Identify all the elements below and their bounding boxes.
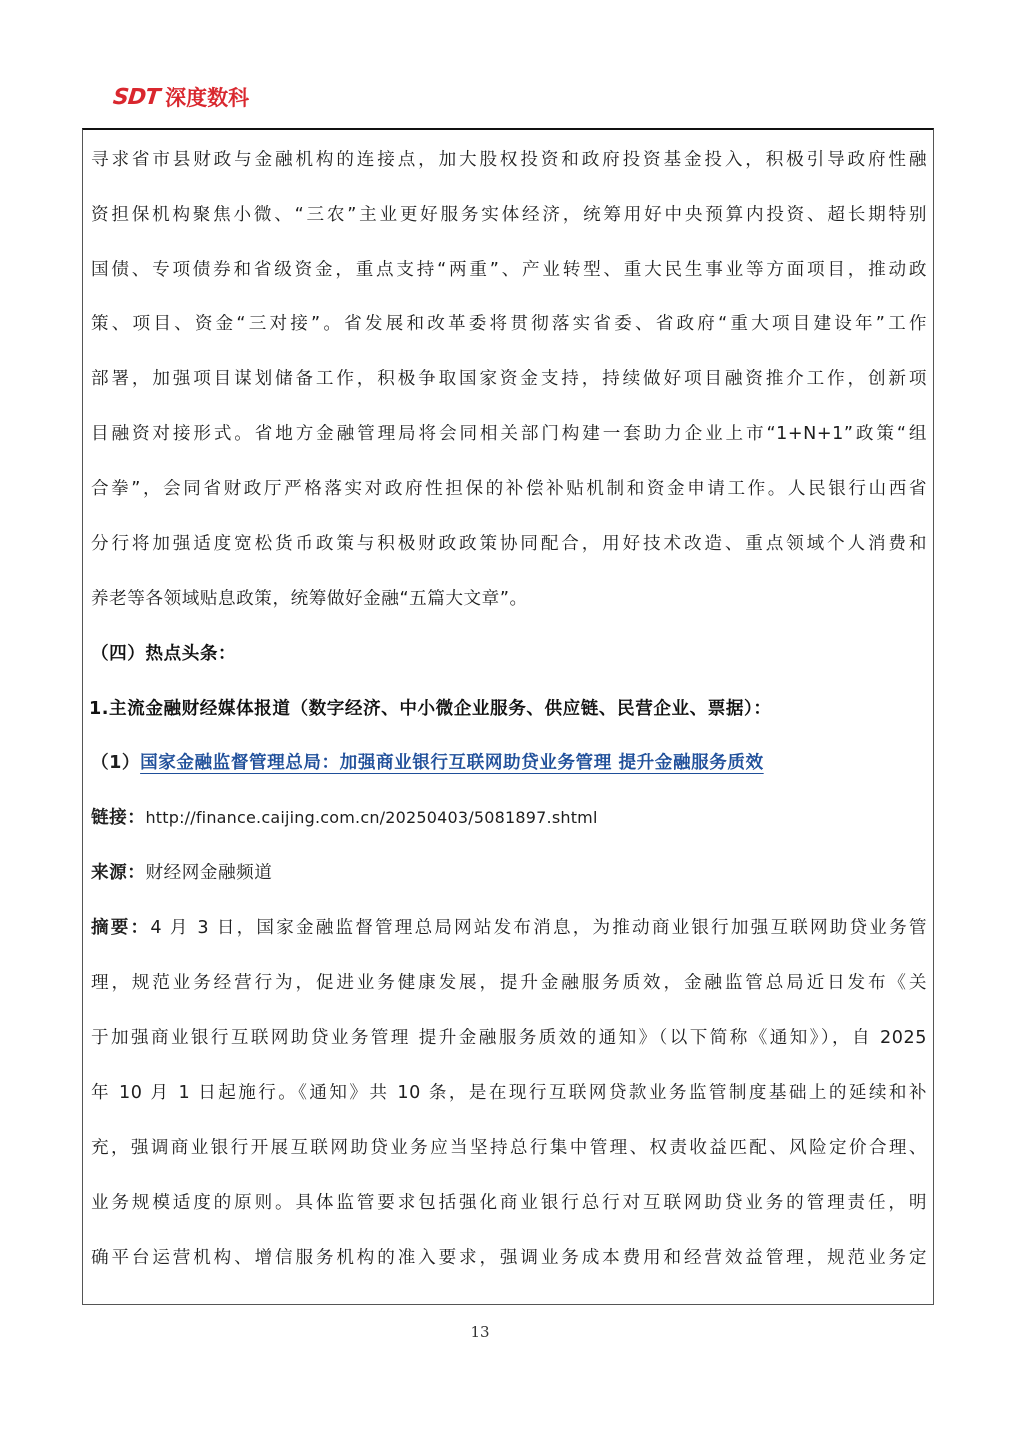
summary-line: 确平台运营机构、增信服务机构的准入要求，强调业务成本费用和经营效益管理，规范业务… bbox=[91, 1245, 927, 1271]
paragraph-line: 策、项目、资金“三对接”。省发展和改革委将贯彻落实省委、省政府“重大项目建设年”… bbox=[91, 311, 927, 337]
page-number: 13 bbox=[0, 1323, 960, 1341]
paragraph-line: 养老等各领域贴息政策，统筹做好金融“五篇大文章”。 bbox=[91, 586, 927, 612]
source-label: 来源： bbox=[91, 863, 145, 883]
article-title-row: （1）国家金融监督管理总局：加强商业银行互联网助贷业务管理 提升金融服务质效 bbox=[91, 750, 927, 776]
paragraph-line: 目融资对接形式。省地方金融管理局将会同相关部门构建一套助力企业上市“1+N+1”… bbox=[91, 421, 927, 447]
summary-line: 理，规范业务经营行为，促进业务健康发展，提升金融服务质效，金融监管总局近日发布《… bbox=[91, 970, 927, 996]
article-source-row: 来源：财经网金融频道 bbox=[91, 860, 927, 886]
paragraph-line: 资担保机构聚焦小微、“三农”主业更好服务实体经济，统筹用好中央预算内投资、超长期… bbox=[91, 202, 927, 228]
summary-line: 业务规模适度的原则。具体监管要求包括强化商业银行总行对互联网助贷业务的管理责任，… bbox=[91, 1190, 927, 1216]
content-frame: 寻求省市县财政与金融机构的连接点，加大股权投资和政府投资基金投入，积极引导政府性… bbox=[82, 128, 934, 1305]
article-url[interactable]: http://finance.caijing.com.cn/20250403/5… bbox=[145, 808, 597, 827]
paragraph-line: 合拳”，会同省财政厅严格落实对政府性担保的补偿补贴机制和资金申请工作。人民银行山… bbox=[91, 476, 927, 502]
article-title-link[interactable]: 国家金融监督管理总局：加强商业银行互联网助贷业务管理 提升金融服务质效 bbox=[140, 753, 764, 773]
summary-line: 年 10 月 1 日起施行。《通知》共 10 条，是在现行互联网贷款业务监管制度… bbox=[91, 1080, 927, 1106]
link-label: 链接： bbox=[91, 808, 145, 828]
article-link-row: 链接：http://finance.caijing.com.cn/2025040… bbox=[91, 805, 927, 831]
source-value: 财经网金融频道 bbox=[145, 863, 272, 883]
summary-label: 摘要： bbox=[91, 918, 150, 938]
paragraph-line: 国债、专项债券和省级资金，重点支持“两重”、产业转型、重大民生事业等方面项目，推… bbox=[91, 257, 927, 283]
logo-mark: SDT bbox=[112, 87, 160, 109]
brand-logo: SDT 深度数科 bbox=[113, 84, 249, 112]
summary-text: 4 月 3 日，国家金融监督管理总局网站发布消息，为推动商业银行加强互联网助贷业… bbox=[150, 918, 927, 938]
paragraph-line: 分行将加强适度宽松货币政策与积极财政政策协同配合，用好技术改造、重点领域个人消费… bbox=[91, 531, 927, 557]
section-heading: （四）热点头条： bbox=[91, 641, 927, 667]
summary-line: 充，强调商业银行开展互联网助贷业务应当坚持总行集中管理、权责收益匹配、风险定价合… bbox=[91, 1135, 927, 1161]
paragraph-line: 部署，加强项目谋划储备工作，积极争取国家资金支持，持续做好项目融资推介工作，创新… bbox=[91, 366, 927, 392]
paragraph-line: 寻求省市县财政与金融机构的连接点，加大股权投资和政府投资基金投入，积极引导政府性… bbox=[91, 147, 927, 173]
summary-line: 摘要：4 月 3 日，国家金融监督管理总局网站发布消息，为推动商业银行加强互联网… bbox=[91, 915, 927, 941]
summary-line: 于加强商业银行互联网助贷业务管理 提升金融服务质效的通知》（以下简称《通知》），… bbox=[91, 1025, 927, 1051]
article-number: （1） bbox=[91, 753, 140, 773]
logo-text: 深度数科 bbox=[165, 88, 249, 109]
subsection-heading: 1.主流金融财经媒体报道（数字经济、中小微企业服务、供应链、民营企业、票据）： bbox=[89, 696, 925, 722]
